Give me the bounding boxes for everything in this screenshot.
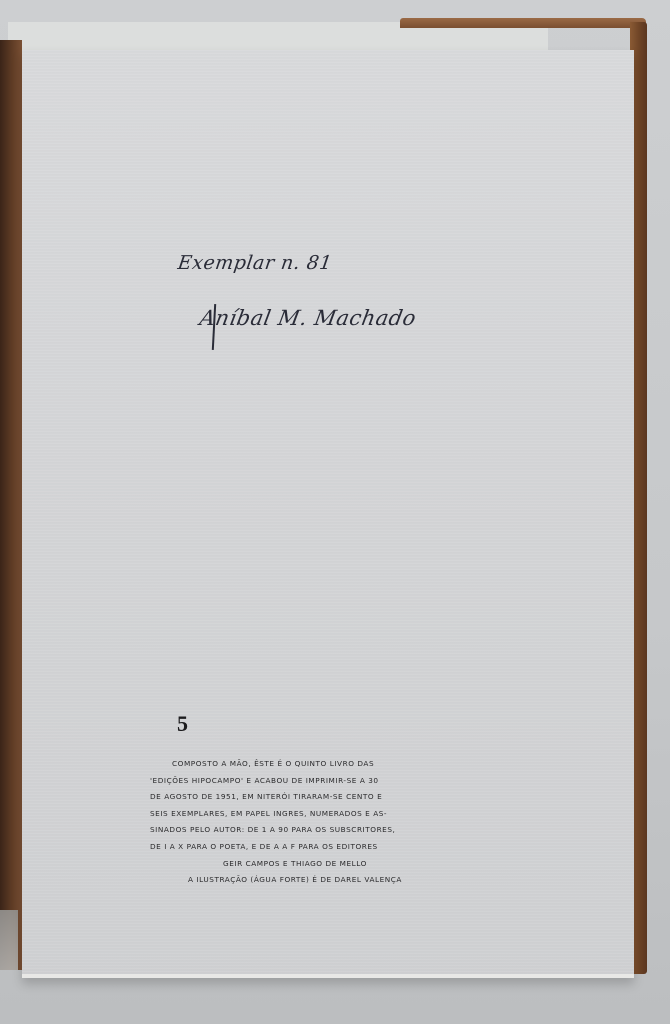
book-cover-left-edge	[0, 40, 22, 970]
colophon-line: DE AGOSTO DE 1951, EM NITERÓI TIRARAM-SE…	[150, 789, 440, 806]
book-cover-frayed-corner	[0, 910, 18, 970]
page-deckle-edge	[22, 974, 634, 978]
handwritten-copy-number: Exemplar n. 81	[176, 252, 333, 274]
photo-scene: Exemplar n. 81 Aníbal M. Machado 5 COMPO…	[0, 0, 670, 1024]
colophon-line: COMPOSTO A MÃO, ÊSTE É O QUINTO LIVRO DA…	[150, 756, 440, 773]
author-signature: Aníbal M. Machado	[198, 306, 418, 330]
page-number: 5	[177, 711, 188, 737]
colophon-line-editors: GEIR CAMPOS E THIAGO DE MELLO	[150, 856, 440, 873]
colophon-line: 'EDIÇÕES HIPOCAMPO' E ACABOU DE IMPRIMIR…	[150, 773, 440, 790]
colophon-text: COMPOSTO A MÃO, ÊSTE É O QUINTO LIVRO DA…	[150, 756, 440, 889]
colophon-line: DE I A X PARA O POETA, E DE A A F PARA O…	[150, 839, 440, 856]
colophon-line-illustration: A ILUSTRAÇÃO (ÁGUA FORTE) É DE DAREL VAL…	[150, 872, 440, 889]
book-cover-top-edge	[400, 18, 646, 28]
colophon-line: SEIS EXEMPLARES, EM PAPEL INGRES, NUMERA…	[150, 806, 440, 823]
colophon-line: SINADOS PELO AUTOR: DE 1 A 90 PARA OS SU…	[150, 822, 440, 839]
